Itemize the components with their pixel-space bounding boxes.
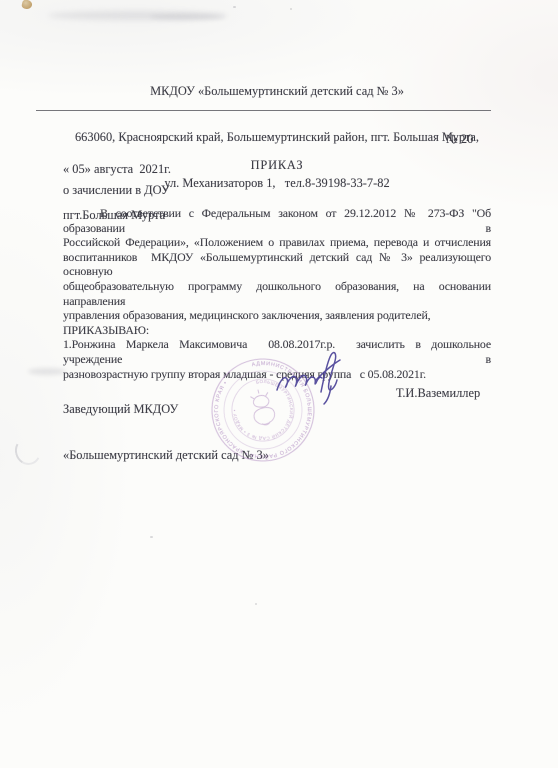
handwritten-signature (274, 350, 344, 408)
org-name: МКДОУ «Большемуртинский детский сад № 3» (63, 84, 491, 99)
scanned-order-document: МКДОУ «Большемуртинский детский сад № 3»… (0, 0, 558, 768)
scan-crescent-artifact (12, 434, 44, 468)
scan-smudge-artifact (28, 368, 66, 375)
stamp-emblem (248, 387, 277, 427)
body-line: воспитанников МКДОУ «Большемуртинский де… (63, 250, 491, 279)
signoff-name: Т.И.Ваземиллер (396, 386, 536, 401)
scan-speck (290, 8, 292, 10)
letterhead-divider (36, 110, 491, 111)
body-line: Российской Федерации», «Положением о пра… (63, 235, 491, 250)
order-title: ПРИКАЗ (63, 158, 491, 173)
order-number: № 20 (446, 132, 526, 147)
body-line: В соответствии с Федеральным законом от … (63, 206, 491, 235)
body-line: управления образования, медицинского зак… (63, 308, 491, 323)
scan-speck (255, 603, 257, 605)
order-subject: о зачислении в ДОУ (63, 183, 363, 198)
scan-smudge-artifact (150, 14, 225, 20)
body-line: общеобразовательную программу дошкольног… (63, 279, 491, 308)
scan-blot-artifact (21, 0, 33, 10)
signature-graphic (274, 350, 344, 408)
scan-speck (150, 536, 153, 538)
scan-speck (233, 6, 236, 8)
